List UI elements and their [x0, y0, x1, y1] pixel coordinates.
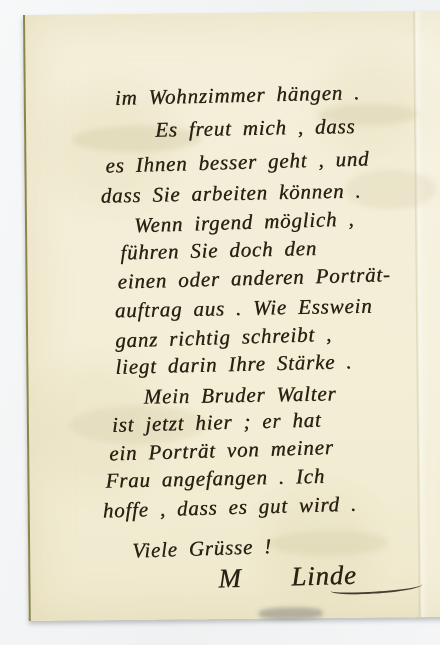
letter-line: ist jetzt hier ; er hat	[112, 410, 322, 436]
letter-line: es Ihnen besser geht , und	[105, 148, 369, 176]
photo-background: im Wohnzimmer hängen . Es freut mich , d…	[0, 0, 440, 645]
letter-line: führen Sie doch den	[120, 238, 317, 264]
letter-line: Wenn irgend möglich ,	[134, 209, 355, 237]
letter-line: liegt darin Ihre Stärke .	[115, 351, 352, 378]
letter-line: im Wohnzimmer hängen .	[115, 82, 361, 109]
letter-line: auftrag aus . Wie Esswein	[115, 296, 373, 322]
letter-paper: im Wohnzimmer hängen . Es freut mich , d…	[23, 10, 440, 621]
letter-line: Mein Bruder Walter	[144, 383, 337, 407]
letter-line: einen oder anderen Porträt-	[117, 264, 391, 292]
letter-line: ein Porträt von meiner	[109, 437, 334, 464]
letter-line: Frau angefangen . Ich	[105, 466, 325, 492]
letter-line: Viele Grüsse !	[132, 536, 272, 562]
letter-line: ganz richtig schreibt ,	[115, 324, 332, 352]
letter-line: dass Sie arbeiten können .	[101, 180, 362, 206]
letter-line: Es freut mich , dass	[155, 116, 356, 141]
letter-text-block: im Wohnzimmer hängen . Es freut mich , d…	[25, 10, 440, 621]
letter-line: hoffe , dass es gut wird .	[102, 494, 357, 522]
